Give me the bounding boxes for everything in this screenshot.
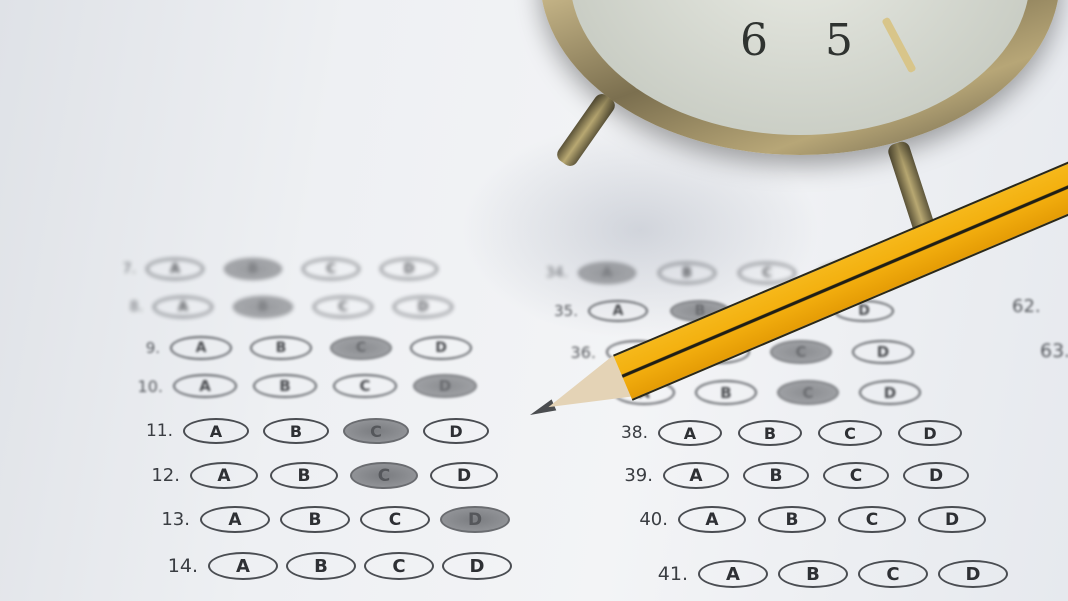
answer-bubble-b[interactable]: B: [743, 462, 809, 489]
answer-bubble-c[interactable]: C: [360, 506, 430, 533]
question-number: 14.: [150, 555, 198, 577]
answer-bubble-c[interactable]: C: [823, 462, 889, 489]
question-number: 11.: [125, 421, 173, 441]
answer-row: 13.ABCD: [142, 506, 520, 533]
answer-bubble-d[interactable]: D: [393, 296, 453, 318]
answer-bubble-a[interactable]: A: [698, 560, 768, 588]
answer-row: 7.ABCD: [88, 258, 458, 280]
answer-bubble-d[interactable]: D: [380, 258, 438, 280]
question-number: 10.: [115, 377, 163, 396]
answer-bubble-c[interactable]: C: [364, 552, 434, 580]
answer-bubble-b[interactable]: B: [233, 296, 293, 318]
question-number: 41.: [640, 563, 688, 585]
answer-bubble-d[interactable]: D: [898, 420, 962, 446]
answer-bubble-c[interactable]: C: [313, 296, 373, 318]
answer-bubble-c[interactable]: C: [333, 374, 397, 398]
question-number: 38.: [600, 423, 648, 443]
answer-bubble-b[interactable]: B: [758, 506, 826, 533]
clock-hand: [881, 17, 916, 74]
answer-bubble-b[interactable]: B: [286, 552, 356, 580]
question-number: 34.: [520, 265, 568, 281]
answer-bubble-d[interactable]: D: [410, 336, 472, 360]
clock-numeral-6: 6: [740, 15, 768, 66]
answer-bubble-c[interactable]: C: [350, 462, 418, 489]
answer-bubble-a[interactable]: A: [200, 506, 270, 533]
answer-bubble-b[interactable]: B: [738, 420, 802, 446]
answer-bubble-a[interactable]: A: [146, 258, 204, 280]
answer-bubble-d[interactable]: D: [413, 374, 477, 398]
answer-bubble-d[interactable]: D: [852, 340, 914, 364]
answer-row: 14.ABCD: [150, 552, 520, 580]
answer-bubble-b[interactable]: B: [250, 336, 312, 360]
answer-row: 39.ABCD: [605, 462, 983, 489]
answer-bubble-d[interactable]: D: [440, 506, 510, 533]
answer-bubble-a[interactable]: A: [170, 336, 232, 360]
answer-bubble-b[interactable]: B: [253, 374, 317, 398]
question-number-62: 62.: [1012, 296, 1051, 317]
answer-row: 12.ABCD: [132, 462, 510, 489]
question-number: 9.: [112, 339, 160, 357]
answer-row: 9.ABCD: [112, 336, 490, 360]
question-number: 36.: [548, 343, 596, 362]
photo-scene: 7.ABCD8.ABCD9.ABCD10.ABCD11.ABCD12.ABCD1…: [0, 0, 1068, 601]
answer-bubble-a[interactable]: A: [153, 296, 213, 318]
answer-bubble-c[interactable]: C: [343, 418, 409, 444]
answer-bubble-a[interactable]: A: [658, 420, 722, 446]
answer-bubble-a[interactable]: A: [190, 462, 258, 489]
question-number-63: 63.: [1040, 340, 1068, 362]
answer-bubble-d[interactable]: D: [903, 462, 969, 489]
answer-row: 11.ABCD: [125, 418, 503, 444]
answer-bubble-c[interactable]: C: [770, 340, 832, 364]
answer-bubble-d[interactable]: D: [423, 418, 489, 444]
answer-bubble-c[interactable]: C: [330, 336, 392, 360]
answer-bubble-b[interactable]: B: [280, 506, 350, 533]
answer-bubble-a[interactable]: A: [173, 374, 237, 398]
answer-row: 41.ABCD: [640, 560, 1018, 588]
answer-bubble-d[interactable]: D: [918, 506, 986, 533]
answer-bubble-a[interactable]: A: [663, 462, 729, 489]
answer-bubble-d[interactable]: D: [430, 462, 498, 489]
alarm-clock: 6 5: [540, 0, 1060, 160]
answer-bubble-c[interactable]: C: [818, 420, 882, 446]
answer-bubble-a[interactable]: A: [678, 506, 746, 533]
answer-bubble-d[interactable]: D: [938, 560, 1008, 588]
answer-bubble-a[interactable]: A: [183, 418, 249, 444]
question-number: 40.: [620, 509, 668, 530]
answer-bubble-d[interactable]: D: [859, 380, 921, 405]
question-number: 35.: [530, 302, 578, 320]
answer-bubble-c[interactable]: C: [302, 258, 360, 280]
question-number: 12.: [132, 465, 180, 486]
answer-bubble-a[interactable]: A: [578, 262, 636, 284]
answer-bubble-c[interactable]: C: [838, 506, 906, 533]
answer-bubble-d[interactable]: D: [442, 552, 512, 580]
answer-bubble-b[interactable]: B: [270, 462, 338, 489]
answer-bubble-b[interactable]: B: [658, 262, 716, 284]
answer-row: 38.ABCD: [600, 420, 978, 446]
question-number: 7.: [88, 261, 136, 277]
answer-bubble-b[interactable]: B: [695, 380, 757, 405]
answer-bubble-a[interactable]: A: [208, 552, 278, 580]
question-number: 39.: [605, 465, 653, 486]
question-number: 13.: [142, 509, 190, 530]
answer-bubble-a[interactable]: A: [588, 300, 648, 322]
answer-row: 40.ABCD: [620, 506, 998, 533]
answer-bubble-c[interactable]: C: [858, 560, 928, 588]
answer-row: 8.ABCD: [95, 296, 473, 318]
answer-bubble-c[interactable]: C: [777, 380, 839, 405]
question-number: 8.: [95, 299, 143, 315]
answer-bubble-b[interactable]: B: [224, 258, 282, 280]
clock-numeral-5: 5: [825, 15, 853, 66]
answer-bubble-b[interactable]: B: [778, 560, 848, 588]
answer-bubble-b[interactable]: B: [263, 418, 329, 444]
answer-row: 10.ABCD: [115, 374, 493, 398]
